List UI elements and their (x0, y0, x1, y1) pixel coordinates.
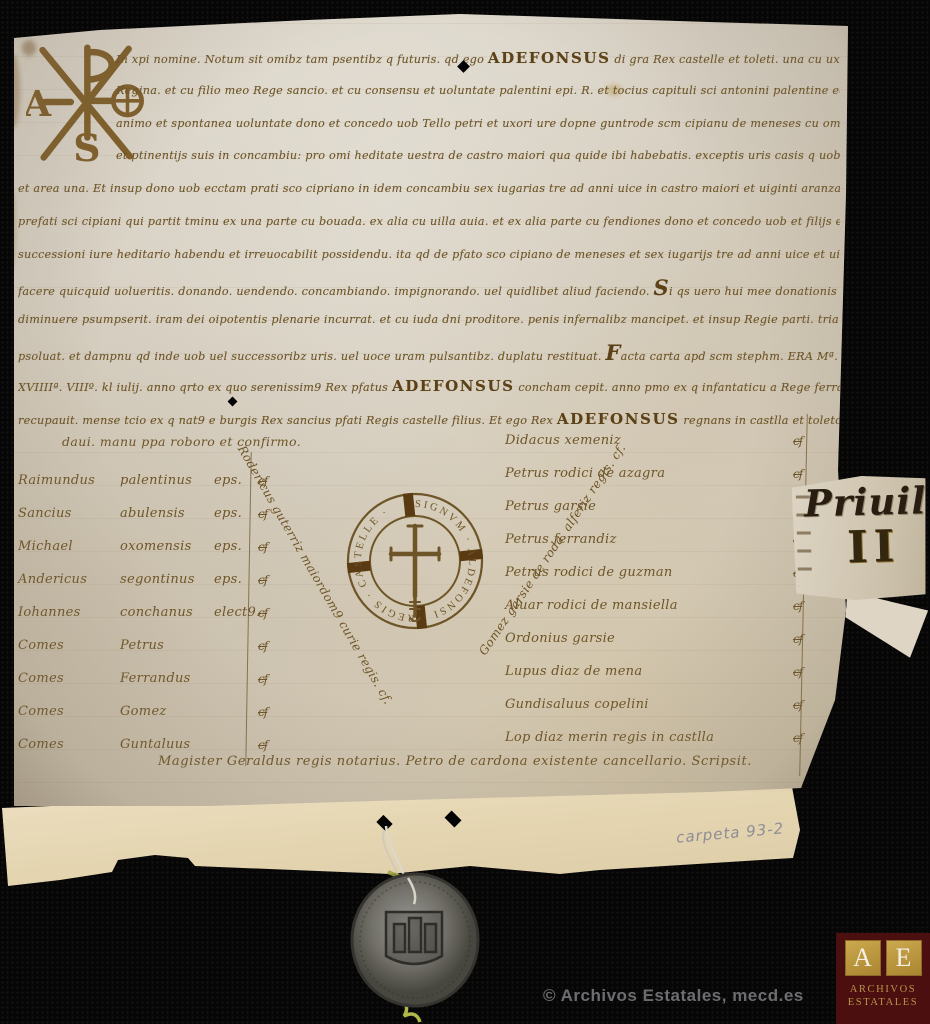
witness-name: Gundisaluus copelini (505, 697, 793, 712)
archive-tag: Priuil II (791, 472, 928, 605)
witness-row: Ordonius garsie cf (505, 622, 811, 655)
witness-row: Lupus diaz de mena cf (505, 655, 811, 688)
witness-row: Didacus xemeniz cf (505, 424, 811, 457)
confirmat-mark: cf (793, 467, 811, 481)
witness-column-right: Didacus xemeniz cf Petrus rodici de azag… (505, 424, 811, 754)
logo-tiles: A E (845, 940, 922, 976)
witness-name2: Petrus (120, 638, 214, 653)
confirmat-mark: cf (258, 672, 274, 686)
witness-row: Andericus segontinus eps. cf (18, 563, 274, 596)
witness-title: eps. (214, 572, 258, 587)
witness-name: Lop diaz merin regis in castlla (505, 730, 793, 745)
confirmat-mark: cf (793, 665, 811, 679)
witness-row: Raimundus palentinus eps. cf (18, 464, 274, 497)
confirmat-mark: cf (793, 434, 811, 448)
confirmat-mark: cf (258, 606, 274, 620)
manuscript-line: prefati sci cipiani qui partit tminu ex … (18, 206, 840, 239)
witness-row: Petrus rodici de azagra cf (505, 457, 811, 490)
logo-letter-a-tile: A (845, 940, 881, 976)
witness-name2: Ferrandus (120, 671, 214, 686)
witness-name: Aluar rodici de mansiella (505, 598, 793, 613)
witness-row: Comes Gomez cf (18, 695, 274, 728)
rodado-cross-icon (391, 526, 439, 621)
confirmat-mark: cf (258, 705, 274, 719)
manuscript-line: facere quicquid uolueritis. donando. uen… (18, 272, 840, 305)
witness-name2: Gomez (120, 704, 214, 719)
witness-name2: Guntaluus (120, 737, 214, 752)
confirmat-mark: cf (793, 731, 811, 745)
logo-letter-e-tile: E (886, 940, 922, 976)
confirmat-mark: cf (258, 738, 274, 752)
manuscript-line: diminuere psumpserit. iram dei oipotenti… (18, 304, 840, 337)
witness-name: Comes (18, 704, 120, 719)
witness-name: Petrus rodici de azagra (505, 466, 793, 481)
stain (4, 186, 16, 272)
witness-name2: segontinus (120, 572, 214, 587)
witness-name: Raimundus (18, 473, 120, 488)
confirmat-mark: cf (793, 698, 811, 712)
logo-wordmark: ARCHIVOS ESTATALES (848, 983, 918, 1009)
witness-name: Michael (18, 539, 120, 554)
witness-title: elect9. (214, 605, 258, 620)
witness-row: Aluar rodici de mansiella cf (505, 589, 811, 622)
witness-name: Comes (18, 638, 120, 653)
witness-row: Iohannes conchanus elect9. cf (18, 596, 274, 629)
lead-seal-icon (350, 872, 484, 1014)
photo-background: A S In xpi nomine. Notum sit omibz tam p… (0, 0, 930, 1024)
witness-name2: conchanus (120, 605, 214, 620)
notary-line: Magister Geraldus regis notarius. Petro … (158, 754, 752, 769)
witness-name: Petrus garsie (505, 499, 793, 514)
witness-name2: oxomensis (120, 539, 214, 554)
witness-row: Lop diaz merin regis in castlla cf (505, 721, 811, 754)
logo-wordmark-line2: ESTATALES (848, 996, 918, 1009)
logo-wordmark-line1: ARCHIVOS (848, 983, 918, 996)
manuscript-line: et area una. Et insup dono uob ecctam pr… (18, 173, 840, 206)
manuscript-line: et ptinentijs suis in concambiu: pro omi… (18, 140, 840, 173)
manuscript-text: In xpi nomine. Notum sit omibz tam psent… (18, 42, 840, 436)
parchment-scrap (843, 591, 929, 659)
confirmat-mark: cf (258, 639, 274, 653)
confirmat-mark: cf (258, 573, 274, 587)
signo-rodado-wheel: SIGNVM · ALDEFONSI · REGIS · CASTELLE · (330, 476, 500, 656)
confirmat-mark: cf (258, 540, 274, 554)
witness-name: Ordonius garsie (505, 631, 793, 646)
witness-name: Didacus xemeniz (505, 433, 793, 448)
witness-title: eps. (214, 539, 258, 554)
witness-name2: palentinus (120, 473, 214, 488)
witness-row: Comes Petrus cf (18, 629, 274, 662)
witness-name: Lupus diaz de mena (505, 664, 793, 679)
parchment-sheet: A S In xpi nomine. Notum sit omibz tam p… (8, 14, 852, 806)
witness-name: Comes (18, 737, 120, 752)
witness-name: Sancius (18, 506, 120, 521)
manuscript-line: successioni iure heditario habendu et ir… (18, 239, 840, 272)
manuscript-line: psoluat. et dampnu qd inde uob uel succe… (18, 337, 840, 370)
witness-name2: abulensis (120, 506, 214, 521)
witness-name: Comes (18, 671, 120, 686)
witness-row: Michael oxomensis eps. cf (18, 530, 274, 563)
witness-title: eps. (214, 506, 258, 521)
witness-row: Comes Ferrandus cf (18, 662, 274, 695)
seal-castle-icon (386, 912, 442, 964)
tag-number: II (847, 521, 901, 573)
manuscript-line: animo et spontanea uoluntate dono et con… (18, 108, 840, 141)
manuscript-line: XVIIIIª. VIIIº. kl iulij. anno qrto ex q… (18, 370, 840, 403)
archivos-estatales-logo: A E ARCHIVOS ESTATALES (836, 933, 930, 1024)
witness-name: Andericus (18, 572, 120, 587)
witness-name: Iohannes (18, 605, 120, 620)
witness-row: Gundisaluus copelini cf (505, 688, 811, 721)
copyright-watermark: © Archivos Estatales, mecd.es (543, 986, 804, 1006)
confirmat-mark: cf (793, 632, 811, 646)
tag-title: Priuil (803, 478, 927, 525)
manuscript-line: In xpi nomine. Notum sit omibz tam psent… (18, 42, 840, 75)
witness-column-left: Raimundus palentinus eps. cf Sancius abu… (18, 464, 274, 761)
confirmat-mark: cf (793, 599, 811, 613)
witness-row: Petrus garsie cf (505, 490, 811, 523)
witness-row: Sancius abulensis eps. cf (18, 497, 274, 530)
confirmation-intro: daui. manu ppa roboro et confirmo. (62, 434, 301, 449)
manuscript-line: Regina. et cu filio meo Rege sancio. et … (18, 75, 840, 108)
